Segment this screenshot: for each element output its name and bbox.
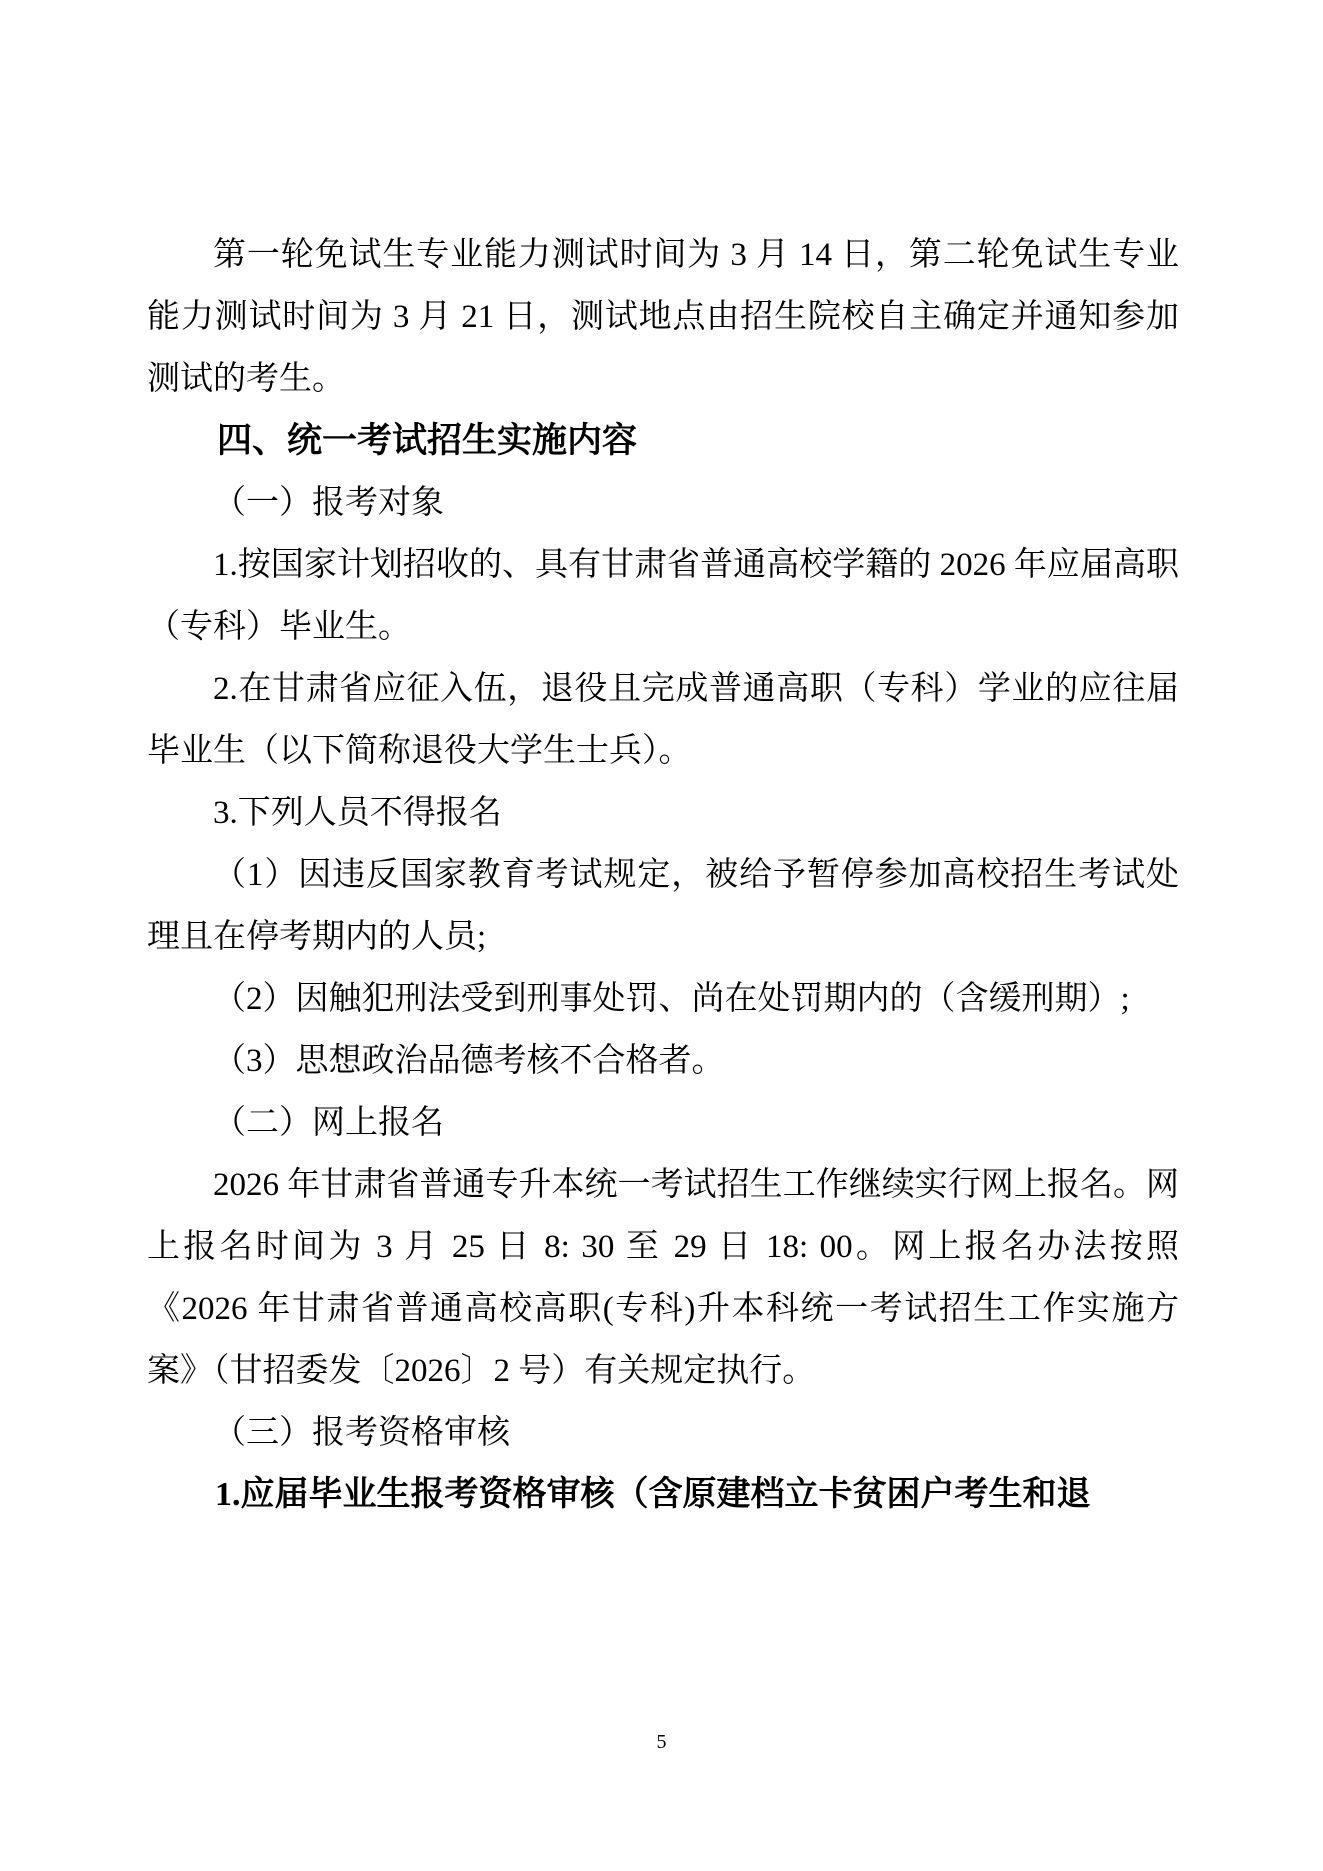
paragraph-online-registration-details: 2026 年甘肃省普通专升本统一考试招生工作继续实行网上报名。网上报名时间为 3… (147, 1154, 1179, 1402)
paragraph-item3-ineligible-persons: 3.下列人员不得报名 (147, 782, 1179, 844)
paragraph-ineligible-3-moral-assessment: （3）思想政治品德考核不合格者。 (147, 1030, 1179, 1092)
paragraph-ineligible-2-criminal-penalty: （2）因触犯刑法受到刑事处罚、尚在处罚期内的（含缓刑期）; (147, 968, 1179, 1030)
document-body: 第一轮免试生专业能力测试时间为 3 月 14 日，第二轮免试生专业能力测试时间为… (147, 224, 1179, 1526)
page-number: 5 (0, 1728, 1323, 1756)
document-page: 第一轮免试生专业能力测试时间为 3 月 14 日，第二轮免试生专业能力测试时间为… (0, 0, 1323, 1871)
paragraph-item1-fresh-graduates: 1.按国家计划招收的、具有甘肃省普通高校学籍的 2026 年应届高职（专科）毕业… (147, 534, 1179, 658)
paragraph-item2-veteran-students: 2.在甘肃省应征入伍，退役且完成普通高职（专科）学业的应往届毕业生（以下简称退役… (147, 658, 1179, 782)
subheading-application-targets: （一）报考对象 (147, 472, 1179, 534)
paragraph-ineligible-1-exam-violation: （1）因违反国家教育考试规定，被给予暂停参加高校招生考试处理且在停考期内的人员; (147, 844, 1179, 968)
paragraph-exemption-test-schedule: 第一轮免试生专业能力测试时间为 3 月 14 日，第二轮免试生专业能力测试时间为… (147, 224, 1179, 410)
subheading-online-registration: （二）网上报名 (147, 1092, 1179, 1154)
subheading-qualification-review: （三）报考资格审核 (147, 1402, 1179, 1464)
paragraph-qualification-review-fresh-graduates: 1.应届毕业生报考资格审核（含原建档立卡贫困户考生和退 (147, 1464, 1179, 1526)
section-heading-unified-exam-enrollment: 四、统一考试招生实施内容 (147, 410, 1179, 472)
